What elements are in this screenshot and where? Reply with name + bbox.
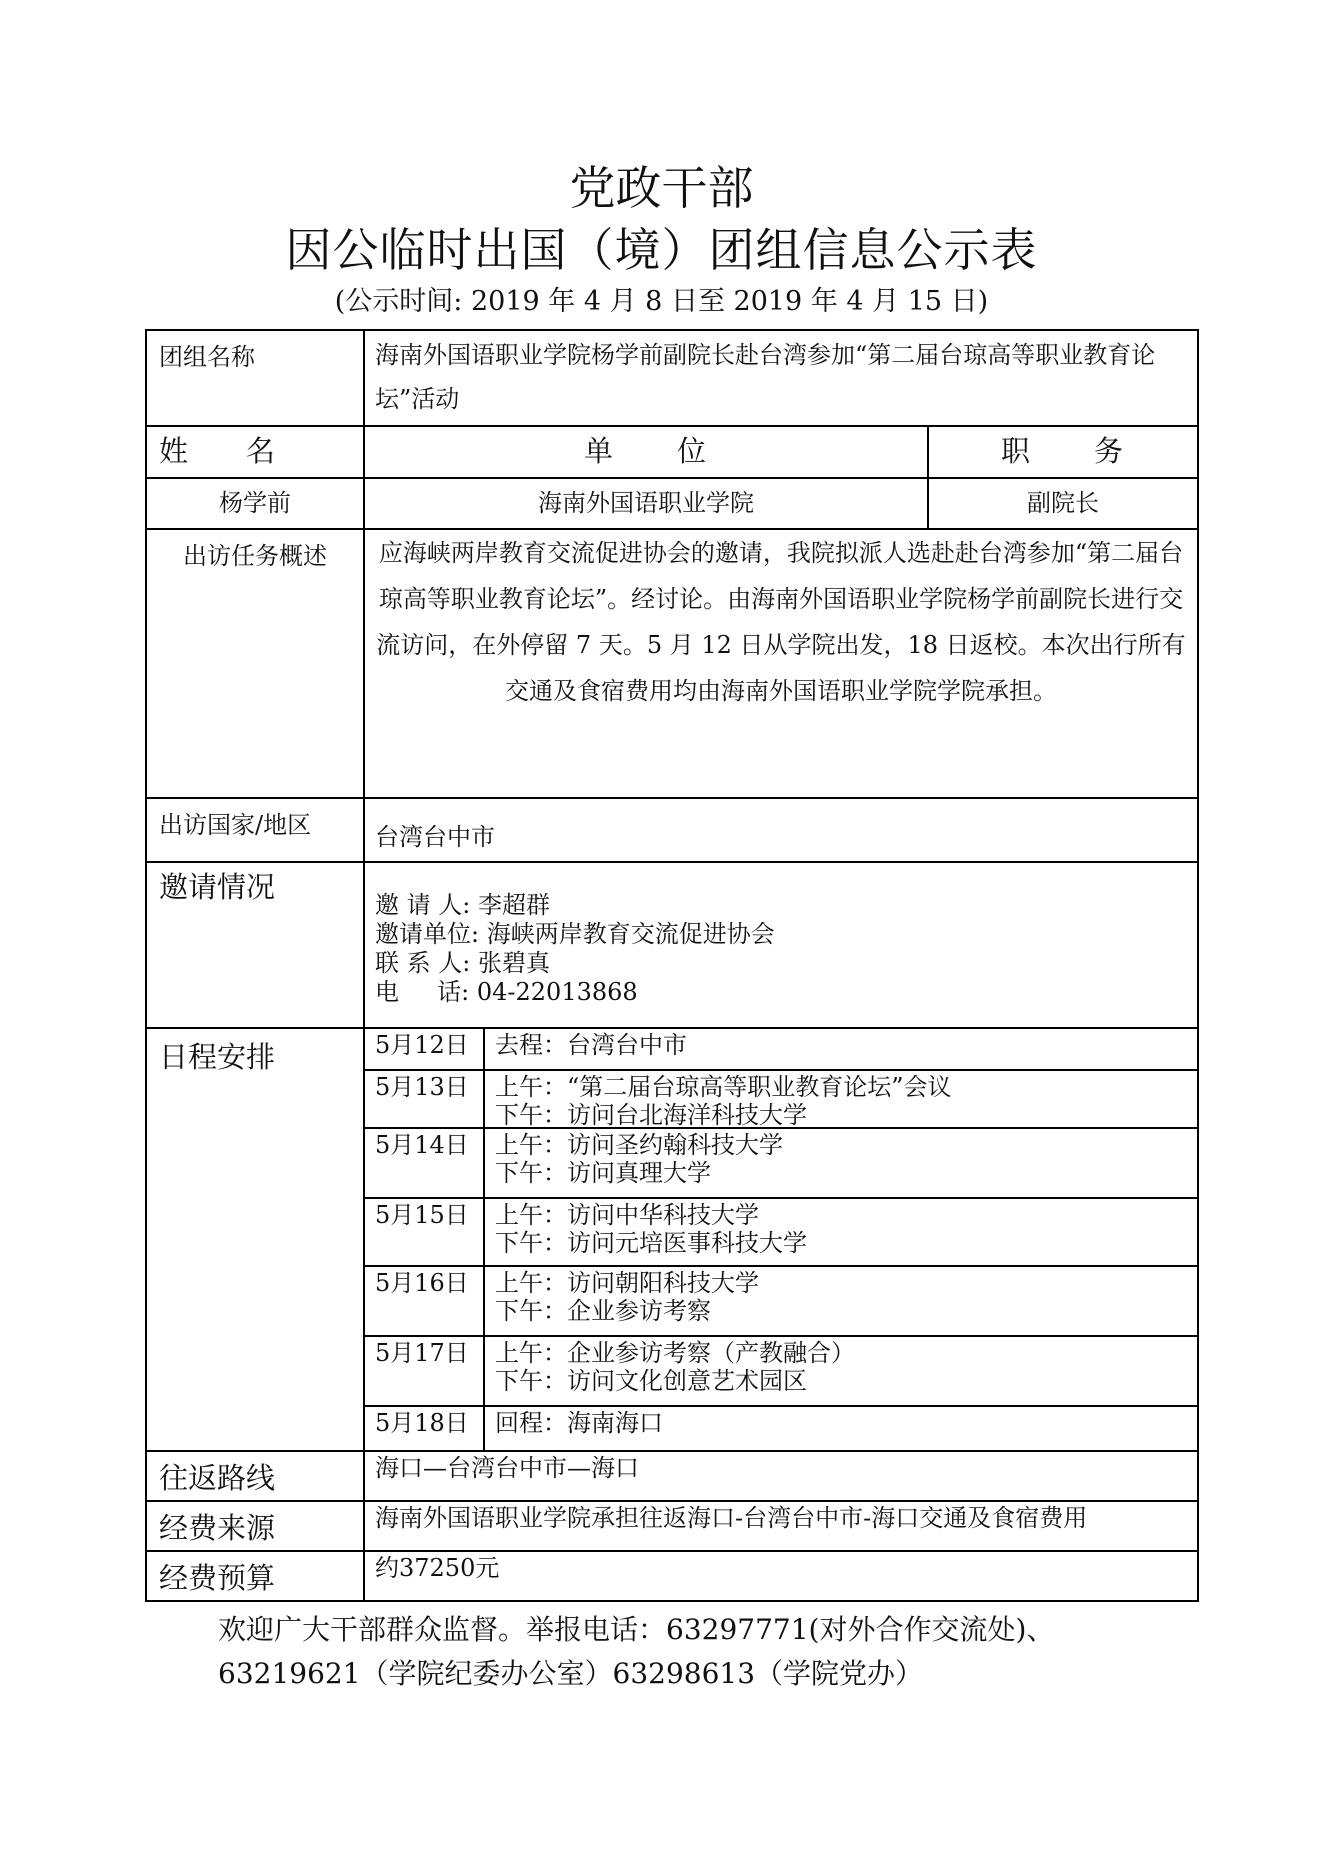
schedule-row: 5月13日 上午：“第二届台琼高等职业教育论坛”会议 下午：访问台北海洋科技大学 (365, 1069, 1197, 1127)
activity-line: 上午：访问朝阳科技大学 (495, 1269, 1187, 1297)
schedule-date: 5月13日 (365, 1071, 485, 1127)
schedule-activity: 去程：台湾台中市 (485, 1029, 1197, 1069)
schedule-row: 5月15日 上午：访问中华科技大学 下午：访问元培医事科技大学 (365, 1197, 1197, 1265)
row-budget: 经费预算 约37250元 (147, 1550, 1197, 1600)
row-invitation: 邀请情况 邀 请 人: 李超群 邀请单位: 海峡两岸教育交流促进协会 联 系 人… (147, 861, 1197, 1027)
schedule-activity: 上午：访问朝阳科技大学 下午：企业参访考察 (485, 1267, 1197, 1335)
row-mission: 出访任务概述 应海峡两岸教育交流促进协会的邀请，我院拟派人选赴赴台湾参加“第二届… (147, 528, 1197, 797)
document-title-line1: 党政干部 (0, 160, 1323, 216)
schedule-activity: 上午：企业参访考察（产教融合） 下午：访问文化创意艺术园区 (485, 1337, 1197, 1405)
schedule-table: 5月12日 去程：台湾台中市 5月13日 上午：“第二届台琼高等职业教育论坛”会… (365, 1029, 1197, 1450)
schedule-date: 5月17日 (365, 1337, 485, 1405)
member-name: 杨学前 (147, 479, 365, 528)
label-budget: 经费预算 (147, 1552, 365, 1600)
row-member-header: 姓 名 单 位 职 务 (147, 425, 1197, 477)
schedule-activity: 回程：海南海口 (485, 1407, 1197, 1450)
activity-line: 下午：访问文化创意艺术园区 (495, 1367, 1187, 1395)
value-funding-source: 海南外国语职业学院承担往返海口-台湾台中市-海口交通及食宿费用 (365, 1502, 1197, 1550)
activity-line: 上午：访问中华科技大学 (495, 1201, 1187, 1229)
header-unit: 单 位 (365, 427, 929, 477)
schedule-row: 5月17日 上午：企业参访考察（产教融合） 下午：访问文化创意艺术园区 (365, 1335, 1197, 1405)
label-route: 往返路线 (147, 1452, 365, 1500)
document-title-line2: 因公临时出国（境）团组信息公示表 (0, 222, 1323, 278)
value-budget: 约37250元 (365, 1552, 1197, 1600)
label-destination: 出访国家/地区 (147, 799, 365, 861)
supervision-notice: 欢迎广大干部群众监督。举报电话：63297771(对外合作交流处)、 63219… (218, 1608, 1218, 1696)
schedule-row: 5月12日 去程：台湾台中市 (365, 1029, 1197, 1069)
info-table: 团组名称 海南外国语职业学院杨学前副院长赴台湾参加“第二届台琼高等职业教育论坛”… (145, 329, 1199, 1602)
label-invitation: 邀请情况 (147, 863, 365, 1027)
notice-line2: 63219621（学院纪委办公室）63298613（学院党办） (218, 1652, 1218, 1696)
label-funding-source: 经费来源 (147, 1502, 365, 1550)
row-route: 往返路线 海口—台湾台中市—海口 (147, 1450, 1197, 1500)
activity-line: 下午：访问元培医事科技大学 (495, 1229, 1187, 1257)
member-position: 副院长 (929, 479, 1197, 528)
row-funding-source: 经费来源 海南外国语职业学院承担往返海口-台湾台中市-海口交通及食宿费用 (147, 1500, 1197, 1550)
header-position: 职 务 (929, 427, 1197, 477)
schedule-date: 5月16日 (365, 1267, 485, 1335)
row-member: 杨学前 海南外国语职业学院 副院长 (147, 477, 1197, 528)
inviting-organization: 邀请单位: 海峡两岸教育交流促进协会 (375, 920, 1187, 949)
schedule-row: 5月18日 回程：海南海口 (365, 1405, 1197, 1450)
activity-line: 上午：访问圣约翰科技大学 (495, 1131, 1187, 1159)
activity-line: 回程：海南海口 (495, 1409, 1187, 1437)
schedule-activity: 上午：“第二届台琼高等职业教育论坛”会议 下午：访问台北海洋科技大学 (485, 1071, 1197, 1127)
schedule-date: 5月15日 (365, 1199, 485, 1265)
value-group-name: 海南外国语职业学院杨学前副院长赴台湾参加“第二届台琼高等职业教育论坛”活动 (365, 331, 1197, 425)
activity-line: 上午：“第二届台琼高等职业教育论坛”会议 (495, 1073, 1187, 1101)
schedule-date: 5月12日 (365, 1029, 485, 1069)
value-mission: 应海峡两岸教育交流促进协会的邀请，我院拟派人选赴赴台湾参加“第二届台琼高等职业教… (365, 530, 1197, 797)
row-destination: 出访国家/地区 台湾台中市 (147, 797, 1197, 861)
schedule-activity: 上午：访问中华科技大学 下午：访问元培医事科技大学 (485, 1199, 1197, 1265)
schedule-activity: 上午：访问圣约翰科技大学 下午：访问真理大学 (485, 1129, 1197, 1197)
activity-line: 下午：企业参访考察 (495, 1297, 1187, 1325)
contact-person: 联 系 人: 张碧真 (375, 949, 1187, 978)
publication-period: (公示时间: 2019 年 4 月 8 日至 2019 年 4 月 15 日) (0, 284, 1323, 320)
header-name: 姓 名 (147, 427, 365, 477)
notice-line1: 欢迎广大干部群众监督。举报电话：63297771(对外合作交流处)、 (218, 1608, 1218, 1652)
value-invitation: 邀 请 人: 李超群 邀请单位: 海峡两岸教育交流促进协会 联 系 人: 张碧真… (365, 863, 1197, 1027)
activity-line: 下午：访问真理大学 (495, 1159, 1187, 1187)
activity-line: 上午：企业参访考察（产教融合） (495, 1339, 1187, 1367)
label-schedule: 日程安排 (147, 1029, 365, 1450)
contact-phone: 电 话: 04-22013868 (375, 978, 1187, 1007)
schedule-row: 5月16日 上午：访问朝阳科技大学 下午：企业参访考察 (365, 1265, 1197, 1335)
label-mission: 出访任务概述 (147, 530, 365, 797)
schedule-date: 5月18日 (365, 1407, 485, 1450)
row-schedule: 日程安排 5月12日 去程：台湾台中市 5月13日 上午：“第二届台琼高等职业教… (147, 1027, 1197, 1450)
value-route: 海口—台湾台中市—海口 (365, 1452, 1197, 1500)
member-unit: 海南外国语职业学院 (365, 479, 929, 528)
schedule-date: 5月14日 (365, 1129, 485, 1197)
row-group-name: 团组名称 海南外国语职业学院杨学前副院长赴台湾参加“第二届台琼高等职业教育论坛”… (147, 331, 1197, 425)
activity-line: 去程：台湾台中市 (495, 1031, 1187, 1059)
inviter: 邀 请 人: 李超群 (375, 891, 1187, 920)
activity-line: 下午：访问台北海洋科技大学 (495, 1101, 1187, 1129)
label-group-name: 团组名称 (147, 331, 365, 425)
schedule-row: 5月14日 上午：访问圣约翰科技大学 下午：访问真理大学 (365, 1127, 1197, 1197)
value-destination: 台湾台中市 (365, 799, 1197, 861)
